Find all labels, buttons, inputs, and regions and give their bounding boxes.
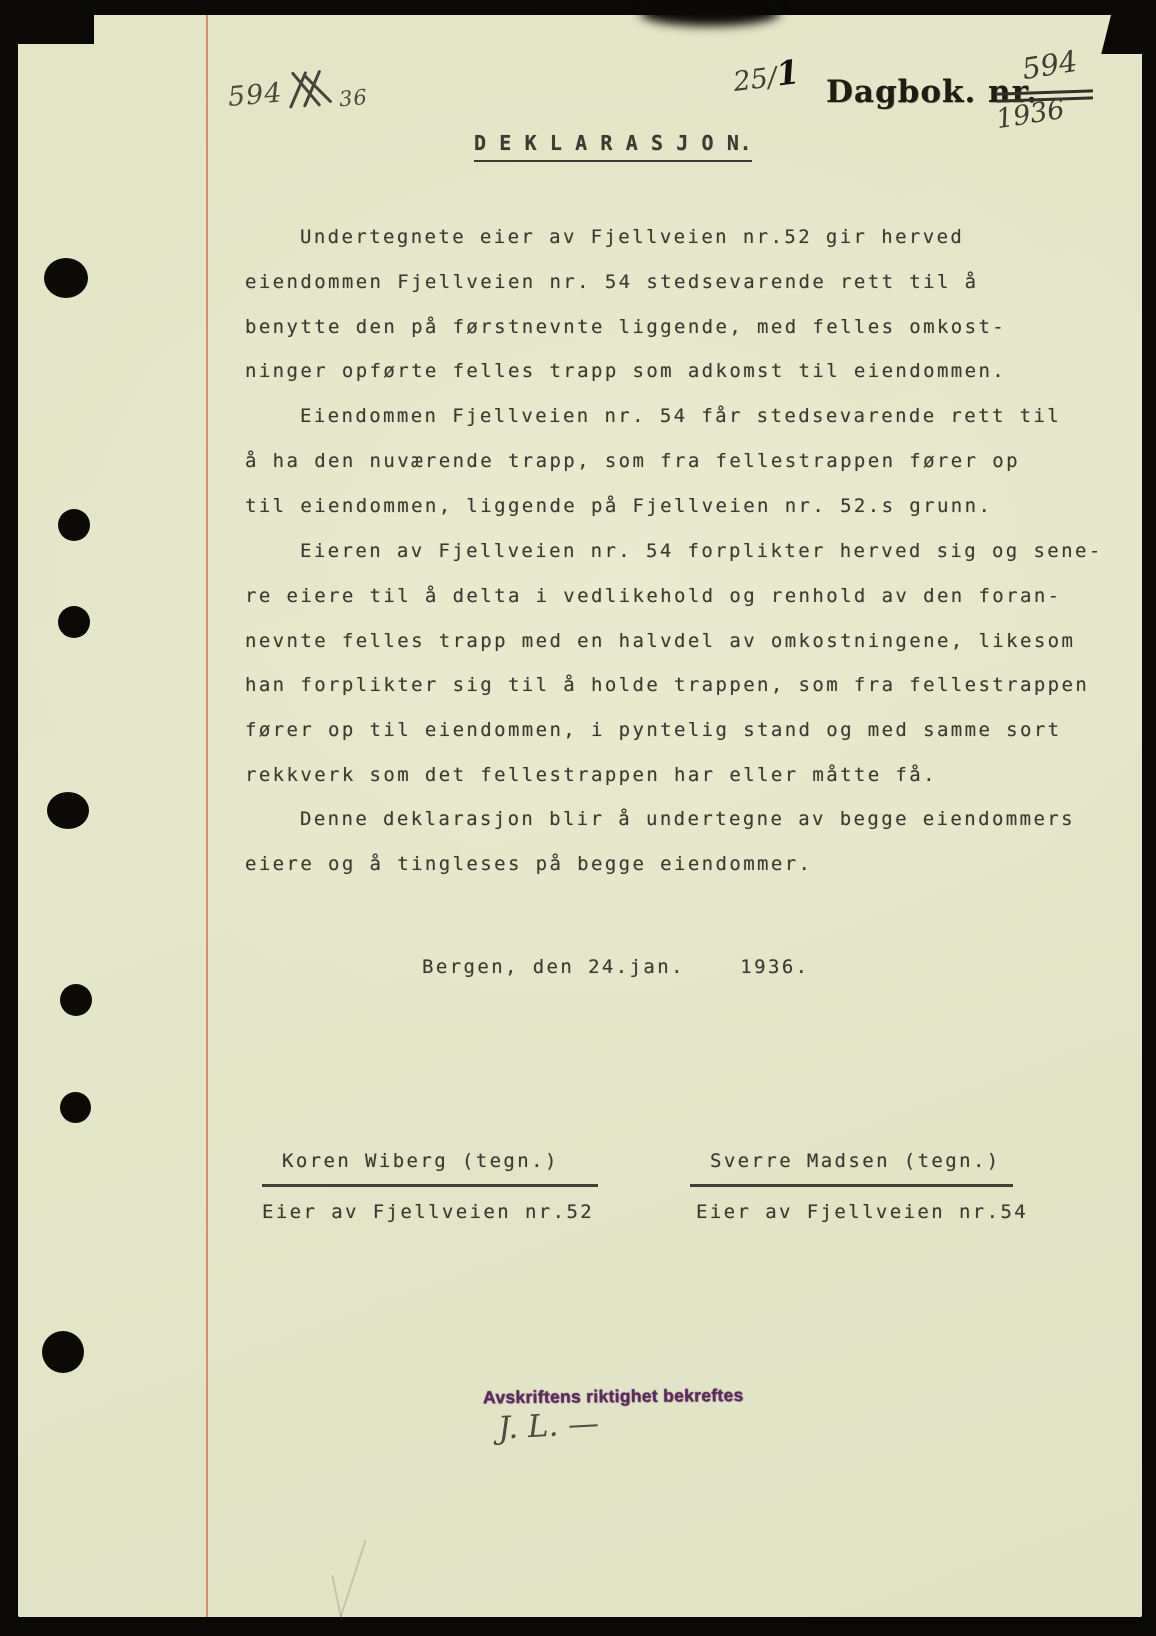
paragraph-3: Eieren av Fjellveien nr. 54 forplikter h… <box>245 529 1107 798</box>
punch-hole <box>58 606 90 638</box>
paragraph-4: Denne deklarasjon blir å undertegne av b… <box>245 797 1107 887</box>
scan-edge-bottom <box>0 1617 1156 1636</box>
dateline: Bergen, den 24.jan. 1936. <box>422 945 810 989</box>
signature-right-role: Eier av Fjellveien nr.54 <box>696 1201 1028 1223</box>
punch-hole <box>42 1331 84 1373</box>
scan-corner-top-left <box>0 0 94 44</box>
journal-number-text: 594 <box>227 77 284 113</box>
signature-left-name: Koren Wiberg (tegn.) <box>282 1150 559 1172</box>
signature-left: Koren Wiberg (tegn.) <box>262 1150 598 1187</box>
margin-line <box>206 15 208 1617</box>
signature-right: Sverre Madsen (tegn.) <box>690 1150 1013 1187</box>
paragraph-2: Eiendommen Fjellveien nr. 54 får stedsev… <box>245 394 1107 528</box>
scan-edge-top <box>0 0 1156 15</box>
scan-shadow <box>640 0 780 26</box>
scanned-document-page: 594 36 25/1 Dagbok. nr. 594 1936 D E K L… <box>0 0 1156 1636</box>
handwritten-date: 25/1 <box>731 52 802 99</box>
scan-edge-left <box>0 0 18 1636</box>
punch-hole <box>44 258 88 298</box>
paragraph-1: Undertegnete eier av Fjellveien nr.52 gi… <box>245 215 1107 394</box>
signature-right-name: Sverre Madsen (tegn.) <box>710 1150 1001 1172</box>
punch-hole <box>60 1092 91 1123</box>
certification-stamp: Avskriftens riktighet bekreftes <box>483 1385 763 1408</box>
punch-hole <box>58 509 90 541</box>
document-title: D E K L A R A S J O N. <box>474 131 752 162</box>
punch-hole <box>47 792 89 829</box>
scan-edge-right <box>1142 0 1156 1636</box>
date-month: 1 <box>774 52 802 94</box>
journal-year-text: 36 <box>338 85 369 111</box>
certifier-signature: J. L. — <box>497 1405 600 1446</box>
signature-left-role: Eier av Fjellveien nr.52 <box>262 1201 594 1223</box>
strikethrough-mark-icon <box>289 71 338 109</box>
punch-hole <box>60 984 92 1016</box>
date-day: 25/ <box>732 62 779 98</box>
